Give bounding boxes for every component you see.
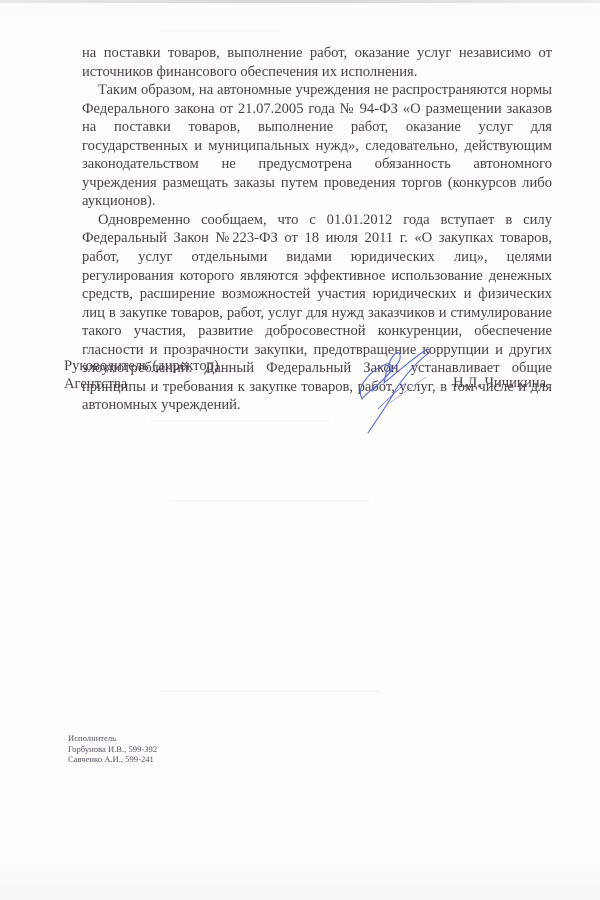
paragraph-continuation: на поставки товаров, выполнение работ, о… <box>82 44 552 81</box>
executor-contact: Савченко А.И., 599-241 <box>68 754 157 765</box>
executor-label: Исполнитель <box>68 733 157 744</box>
paragraph-conclusion: Таким образом, на автономные учреждения … <box>82 81 552 211</box>
organization-name: Агентства <box>64 375 219 393</box>
scanned-page: на поставки товаров, выполнение работ, о… <box>0 0 600 900</box>
bleed-through-mark <box>150 420 330 422</box>
bleed-through-mark <box>160 30 280 32</box>
bleed-through-mark <box>170 500 370 502</box>
handwritten-signature-icon <box>350 343 460 438</box>
signatory-position: Руководитель (директор) Агентства <box>64 357 219 393</box>
position-title: Руководитель (директор) <box>64 357 219 375</box>
bleed-through-mark <box>160 690 380 692</box>
executor-block: Исполнитель Горбунова И.В., 599-392 Савч… <box>68 733 157 765</box>
executor-contact: Горбунова И.В., 599-392 <box>68 744 157 755</box>
signer-name: Н.Д. Чичикина <box>453 374 546 392</box>
scan-top-edge <box>0 0 600 3</box>
